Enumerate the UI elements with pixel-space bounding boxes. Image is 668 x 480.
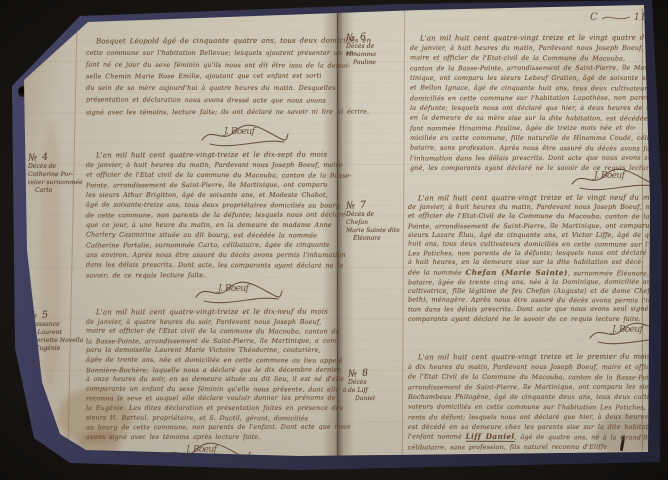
handwriting-line: L'an mil huit cent quatre-vingt treize e… xyxy=(410,33,646,44)
handwriting-line: cette commune sur l'habitation Bellevue;… xyxy=(86,48,326,60)
handwriting-line: Catherine Por- xyxy=(28,171,80,179)
handwriting-line: à dix heures du matin, Pardevant nous Jo… xyxy=(408,362,648,372)
handwriting-line: Bonnière-Bochère; laquelle nous a déclar… xyxy=(86,365,328,375)
handwriting-line: domiciliés en cette commune sur l'habita… xyxy=(410,93,646,104)
entry-5-body: L'an mil huit cent quatre-vingt-treize e… xyxy=(86,308,328,442)
emphasized-name: Chefan (Marie Sainte) xyxy=(466,267,568,276)
margin-note-entry-8: № 8Décèsde LiffDaniel xyxy=(348,366,400,403)
handwriting-fragment: , âgé de quatre ans, né à la Grand'Riviè… xyxy=(515,433,668,442)
handwriting-line: fant nommée Hinamma Pauline, âgée de tre… xyxy=(410,123,646,134)
folio-flourish-icon xyxy=(601,13,631,23)
handwriting-line: savoir; de ce requis lecture faite. xyxy=(86,270,328,281)
handwriting-line: au bourg de cette commune, non parents d… xyxy=(86,423,328,433)
handwriting-line: tion dans les délais prescrits. Dont act… xyxy=(408,305,648,315)
handwriting-line: de janvier, à huit heures du matin, Pard… xyxy=(410,43,646,53)
handwriting-line: que ce jour, à une heure du matin, en la… xyxy=(86,220,328,230)
handwriting-line: Éléonore xyxy=(346,235,398,243)
entry-4-body: L'an mil huit cent quatre-vingt-treize e… xyxy=(86,150,328,280)
handwriting-line: Pointe, arrondissement de Saint-Pierre, … xyxy=(86,180,328,191)
handwriting-line: Bosquet Léopold âgé de cinquante quatre … xyxy=(86,36,326,49)
register-paper: C 11 Bosquet Léopold âgé de cinquante qu… xyxy=(0,0,668,480)
margin-note-entry-6: № 6Décès deHinammaPauline xyxy=(346,30,398,67)
handwriting-fragment: dée la nommée xyxy=(408,268,466,276)
handwriting-line: L'an mil huit cent quatre-vingt-treize e… xyxy=(86,150,328,161)
handwriting-line: les sieurs Athur Brigitton, âgé de soixa… xyxy=(86,190,328,200)
handwriting-line: bataire, âgée de trente cinq ans, née à … xyxy=(408,277,648,287)
handwriting-line: de janvier, à huit heures du matin, Pard… xyxy=(86,160,328,170)
handwriting-line: avons signé avec les témoins après lectu… xyxy=(86,433,328,443)
handwriting-line: Pauline xyxy=(346,59,398,67)
handwriting-line: présentation et déclaration nous avons d… xyxy=(86,94,326,107)
handwriting-line: paru la demoiselle Laurent Marie Victoir… xyxy=(86,346,328,356)
handwriting-line: rents du défunt; lesquels nous ont décla… xyxy=(408,412,648,423)
scanned-register-spread: C 11 Bosquet Léopold âgé de cinquante qu… xyxy=(0,0,668,480)
signature: J. Boeuf xyxy=(198,124,294,150)
entry-7-body: L'an mil huit cent quatre-vingt treize e… xyxy=(408,194,648,324)
signature-text: J. Boeuf xyxy=(224,127,254,137)
handwriting-line: Les Potiches, non parents de la défunte;… xyxy=(408,249,648,259)
handwriting-line: arrondissement de Saint-Pierre, île Mart… xyxy=(408,382,648,393)
handwriting-line: l'inhumation dans les délais prescrits. … xyxy=(410,153,646,164)
handwriting-line: à onze heures du soir, en sa demeure sit… xyxy=(86,375,328,385)
handwriting-line: Marie Sainte dite xyxy=(346,227,398,235)
handwriting-line: Carto xyxy=(28,187,80,195)
handwriting-line: la Eugénie. Les dites déclaration et pré… xyxy=(86,404,328,414)
handwriting-line: reconnu le sexe et auquel elle déclare v… xyxy=(86,394,328,404)
handwriting-line: et officier de l'Etat-Civil de la Commun… xyxy=(408,212,648,222)
handwriting-line: Hinamma xyxy=(346,51,398,59)
signature: J. Boeuf xyxy=(192,281,288,307)
handwriting-line: la Basse-Pointe, arrondissement de Saint… xyxy=(86,336,328,346)
emphasized-name: Liff Daniel xyxy=(466,432,515,442)
handwriting-line: canton de la Basse-Pointe, arrondissemen… xyxy=(410,63,646,74)
handwriting-line: ans environ. Après nous être assuré du d… xyxy=(86,250,328,260)
handwriting-line: signé avec les témoins, lecture faite; i… xyxy=(86,106,326,119)
handwriting-line: dée la nommée Chefan (Marie Sainte), sur… xyxy=(408,267,648,278)
margin-note-entry-7: № 7Décès deChefanMarie Sainte diteÉléono… xyxy=(346,198,398,243)
signature-text: J. Boeuf xyxy=(612,325,642,335)
handwriting-line: L'an mil huit cent quatre-vingt-treize e… xyxy=(86,308,328,318)
handwriting-line: Chefan xyxy=(346,219,398,227)
handwriting-line: selle Chemin Marie Rose Emilie, ajoutant… xyxy=(86,71,326,84)
handwriting-line: telier surnommée xyxy=(28,179,80,187)
handwriting-line: de cette commune, non parents de la défu… xyxy=(86,210,328,221)
handwriting-line: L'an mil huit cent quatre-vingt treize e… xyxy=(408,194,648,204)
handwriting-line: Rochambeau Philogène, âgé de cinquante d… xyxy=(408,392,648,402)
handwriting-line: âgée de trente ans, née et domiciliée en… xyxy=(86,355,328,366)
handwriting-line: L'an mil huit cent quatre-vingt treize e… xyxy=(408,352,648,363)
handwriting-line: Catherine Portalie, surnommée Carto, cél… xyxy=(86,240,328,251)
entry-6-body: L'an mil huit cent quatre-vingt treize e… xyxy=(410,33,646,173)
handwriting-line: tinique, ont comparu les sieurs Lebeuf G… xyxy=(410,73,646,83)
handwriting-fragment: l'enfant nommé xyxy=(408,432,466,440)
handwriting-line: célibataire, sans profession, fils natur… xyxy=(408,442,648,453)
folio-mark: C 11 xyxy=(590,12,646,23)
handwriting-line: la défunte; lesquels nous ont déclaré qu… xyxy=(410,103,646,113)
entry-continuation-body: Bosquet Léopold âgé de cinquante quatre … xyxy=(86,36,326,119)
handwriting-line: à huit heures, en la demeure sise sur la… xyxy=(408,258,648,267)
margin-note-entry-4: № 4Décès deCatherine Por-telier surnommé… xyxy=(28,150,80,195)
handwriting-line: de Liff xyxy=(348,387,400,395)
handwriting-line: miciliée en cette commune, fille naturel… xyxy=(410,133,646,143)
handwriting-line: Pointe, arrondissement de Saint-Pierre, … xyxy=(408,221,648,231)
handwriting-line: Daniel xyxy=(348,395,400,403)
handwriting-line: sieurs Lazare Élau, âgé de cinquante ans… xyxy=(408,231,648,240)
entry-8-body: L'an mil huit cent quatre-vingt treize e… xyxy=(408,352,648,452)
handwriting-line: du sein de sa mère aujourd'hui à quatre … xyxy=(86,83,326,95)
handwriting-line: est décédé en sa demeure chez les parent… xyxy=(408,422,648,432)
signature-text: J. Boeuf xyxy=(218,284,248,294)
folio-letter: C xyxy=(590,12,598,23)
signature-text: J. Boeuf xyxy=(594,171,624,181)
